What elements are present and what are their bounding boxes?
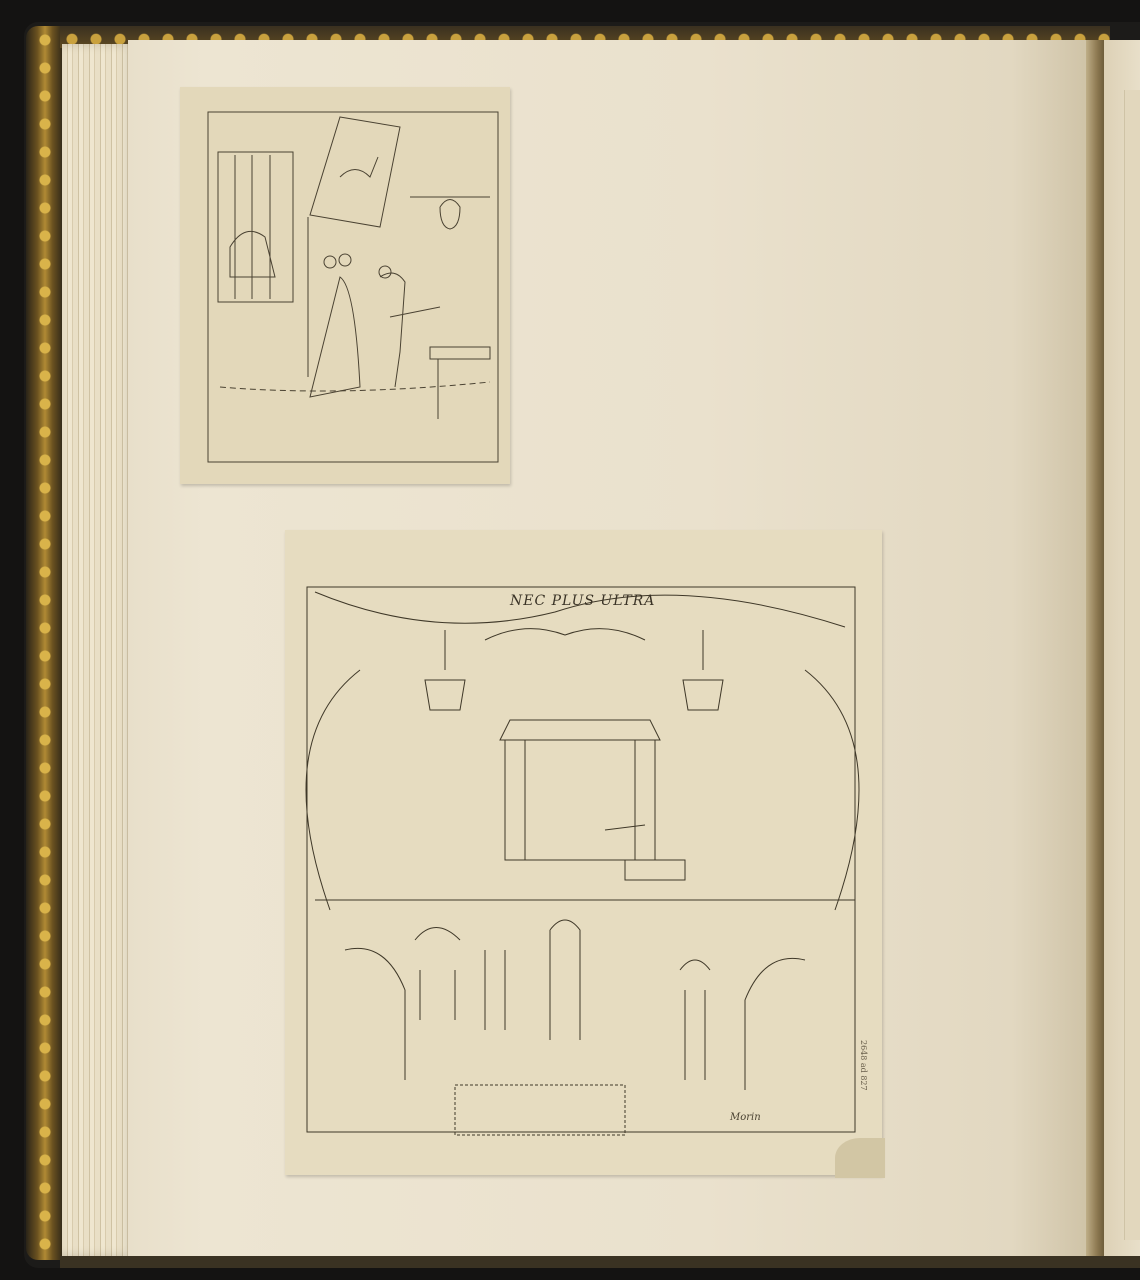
- sketch-bottom-sheet: [285, 530, 882, 1175]
- bottom-edge: [60, 1256, 1140, 1268]
- book-gutter: [1086, 40, 1104, 1258]
- circus-scene-sketch: [285, 530, 882, 1175]
- torn-corner: [835, 1138, 885, 1178]
- artist-signature: Morin: [730, 1112, 761, 1123]
- chandelier-right: [683, 630, 723, 710]
- banner-text: NEC PLUS ULTRA: [510, 593, 655, 609]
- chandelier-left: [425, 630, 465, 710]
- next-page-insert: [1124, 90, 1140, 1240]
- street-scene-sketch: [180, 87, 510, 484]
- gilt-border-left: [26, 26, 64, 1260]
- page-edges: [62, 44, 134, 1256]
- sketch-top-sheet: [180, 87, 510, 484]
- catalog-number: 2648 ad 827: [859, 1040, 868, 1091]
